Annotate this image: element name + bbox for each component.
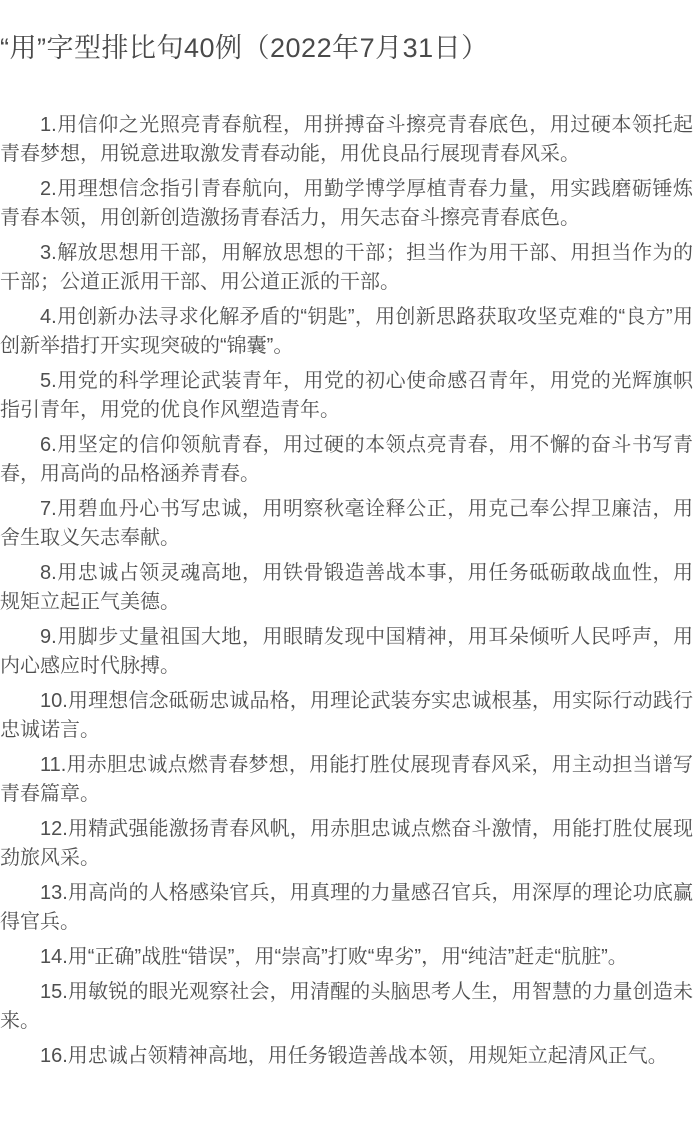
document-page: “用”字型排比句40例（2022年7月31日） 1.用信仰之光照亮青春航程，用拼… xyxy=(0,30,693,1071)
paragraph-6: 6.用坚定的信仰领航青春，用过硬的本领点亮青春，用不懈的奋斗书写青春，用高尚的品… xyxy=(0,431,693,489)
paragraph-3: 3.解放思想用干部，用解放思想的干部；担当作为用干部、用担当作为的干部；公道正派… xyxy=(0,239,693,297)
paragraph-7: 7.用碧血丹心书写忠诚，用明察秋毫诠释公正，用克己奉公捍卫廉洁，用舍生取义矢志奉… xyxy=(0,495,693,553)
paragraph-10: 10.用理想信念砥砺忠诚品格，用理论武装夯实忠诚根基，用实际行动践行忠诚诺言。 xyxy=(0,687,693,745)
paragraph-9: 9.用脚步丈量祖国大地，用眼睛发现中国精神，用耳朵倾听人民呼声，用内心感应时代脉… xyxy=(0,623,693,681)
paragraph-13: 13.用高尚的人格感染官兵，用真理的力量感召官兵，用深厚的理论功底赢得官兵。 xyxy=(0,879,693,937)
paragraph-12: 12.用精武强能激扬青春风帆，用赤胆忠诚点燃奋斗激情，用能打胜仗展现劲旅风采。 xyxy=(0,815,693,873)
paragraph-16: 16.用忠诚占领精神高地，用任务锻造善战本领，用规矩立起清风正气。 xyxy=(0,1042,693,1071)
paragraph-8: 8.用忠诚占领灵魂高地，用铁骨锻造善战本事，用任务砥砺敢战血性，用规矩立起正气美… xyxy=(0,559,693,617)
paragraph-15: 15.用敏锐的眼光观察社会，用清醒的头脑思考人生，用智慧的力量创造未来。 xyxy=(0,978,693,1036)
paragraph-14: 14.用“正确”战胜“错误”，用“崇高”打败“卑劣”，用“纯洁”赶走“肮脏”。 xyxy=(0,943,693,972)
paragraph-2: 2.用理想信念指引青春航向，用勤学博学厚植青春力量，用实践磨砺锤炼青春本领，用创… xyxy=(0,175,693,233)
paragraph-4: 4.用创新办法寻求化解矛盾的“钥匙”，用创新思路获取攻坚克难的“良方”用创新举措… xyxy=(0,303,693,361)
paragraph-1: 1.用信仰之光照亮青春航程，用拼搏奋斗擦亮青春底色，用过硬本领托起青春梦想，用锐… xyxy=(0,111,693,169)
paragraph-5: 5.用党的科学理论武装青年，用党的初心使命感召青年，用党的光辉旗帜指引青年，用党… xyxy=(0,367,693,425)
page-title: “用”字型排比句40例（2022年7月31日） xyxy=(0,30,693,66)
paragraph-11: 11.用赤胆忠诚点燃青春梦想，用能打胜仗展现青春风采，用主动担当谱写青春篇章。 xyxy=(0,751,693,809)
paragraph-list: 1.用信仰之光照亮青春航程，用拼搏奋斗擦亮青春底色，用过硬本领托起青春梦想，用锐… xyxy=(0,111,693,1071)
